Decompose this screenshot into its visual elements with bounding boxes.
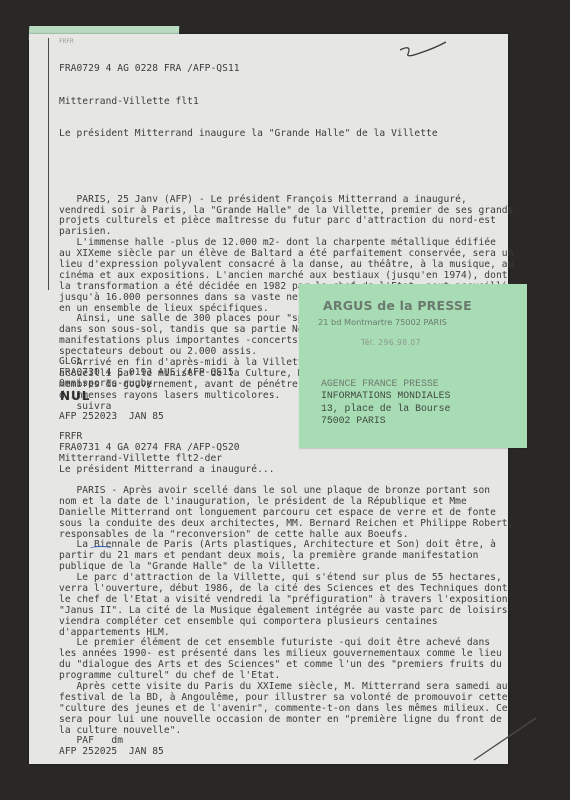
spacer	[59, 162, 513, 173]
text-line: PARIS, 25 Janv (AFP) - Le président Fran…	[59, 195, 513, 206]
text-line: viendra compléter cet ensemble qui compo…	[59, 617, 513, 628]
addressee-line: AGENCE FRANCE PRESSE	[321, 378, 450, 390]
dispatch-3-header: FRFRFRA0731 4 GA 0274 FRA /AFP-QS20Mitte…	[59, 432, 275, 476]
dispatch-3-body: PARIS - Après avoir scellé dans le sol u…	[59, 486, 513, 758]
dispatch-2: GLGLFRA0730 4 S 0193 AUS /AFP-QS15Omnisp…	[59, 357, 234, 390]
dispatch-ref: FRA0729 4 AG 0228 FRA /AFP-QS11	[59, 64, 513, 75]
addressee-block: AGENCE FRANCE PRESSEINFORMATIONS MONDIAL…	[321, 378, 450, 427]
blue-underline-mark	[90, 546, 112, 551]
argus-clipping-slip: ARGUS de la PRESSE 21 bd Montmartre 7500…	[299, 284, 527, 448]
text-line: la culture nouvelle".	[59, 726, 513, 737]
text-line: sous la conduite des deux architectes, M…	[59, 519, 513, 530]
text-line: Le président Mitterrand a inauguré...	[59, 465, 275, 476]
dispatch-headline: Le président Mitterrand inaugure la "Gra…	[59, 129, 513, 140]
addressee-line: 75002 PARIS	[321, 415, 450, 427]
addressee-line: INFORMATIONS MONDIALES	[321, 390, 450, 402]
margin-rule	[48, 38, 49, 290]
stamp-title: ARGUS de la PRESSE	[323, 298, 472, 313]
dispatch-slug: Mitterrand-Villette flt1	[59, 97, 513, 108]
text-line: AFP 252025 JAN 85	[59, 747, 513, 758]
stamp-address: 21 bd Montmartre 75002 PARIS	[318, 317, 447, 327]
text-line: projets culturels et pièce maîtresse du …	[59, 216, 513, 227]
addressee-line: 13, place de la Bourse	[321, 403, 450, 415]
text-line: sera pour lui une nouvelle occasion de m…	[59, 715, 513, 726]
nul-stamp: NUL	[60, 389, 90, 403]
stamp-tel: Tél. 296.98.07	[361, 338, 421, 347]
